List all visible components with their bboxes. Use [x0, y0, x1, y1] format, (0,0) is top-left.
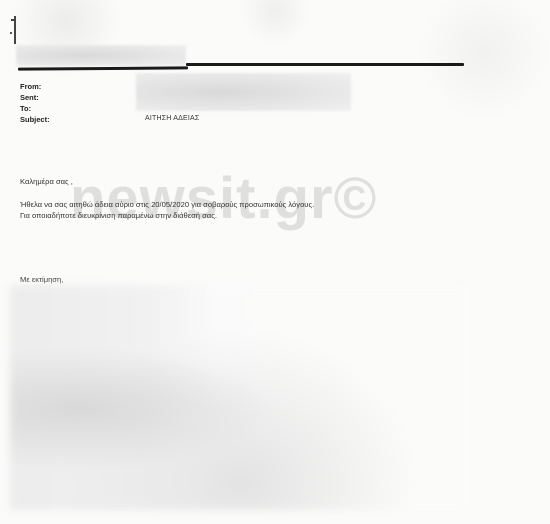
subject-label: Subject: [20, 115, 50, 124]
subject-value: ΑΙΤΗΣΗ ΑΔΕΙΑΣ [145, 115, 199, 122]
scan-mark [11, 19, 14, 21]
header-rule [18, 66, 188, 70]
redacted-sender-banner [16, 45, 186, 66]
scan-mark [14, 16, 16, 44]
redacted-signature [10, 285, 470, 510]
watermark: newsit.gr© [70, 165, 377, 232]
greeting: Καλημέρα σας , [20, 177, 73, 186]
to-label: To: [20, 104, 31, 113]
redacted-header-values [136, 73, 351, 111]
scan-mark [10, 32, 12, 34]
sent-label: Sent: [20, 93, 39, 102]
from-label: From: [20, 82, 41, 91]
body-line: Για οποιαδήποτε διευκρίνιση παραμένω στη… [20, 211, 217, 220]
header-rule [186, 63, 464, 66]
body-line: Ήθελα να σας αιτηθώ άδεια αύριο στις 20/… [20, 200, 314, 209]
closing: Με εκτίμηση, [20, 275, 63, 284]
